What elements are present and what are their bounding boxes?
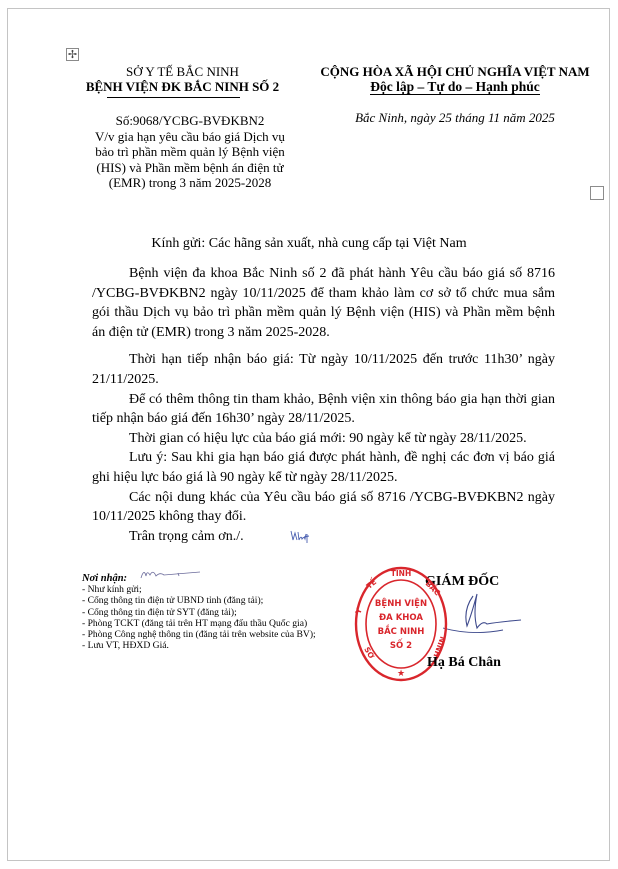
layout-options-box[interactable] xyxy=(590,186,604,200)
body-paragraph: Bệnh viện đa khoa Bắc Ninh số 2 đã phát … xyxy=(92,264,555,342)
recipient-item: - Phòng Công nghệ thông tin (đăng tải tr… xyxy=(82,629,316,640)
svg-text:TỈNH: TỈNH xyxy=(391,568,411,578)
body-paragraph: Lưu ý: Sau khi gia hạn báo giá được phát… xyxy=(92,448,555,487)
header-divider xyxy=(107,97,240,98)
subject-line: (EMR) trong 3 năm 2025-2028 xyxy=(60,175,320,191)
closing-line: Trân trọng cảm ơn./. xyxy=(92,527,555,551)
svg-text:★: ★ xyxy=(397,669,405,679)
authority-name: SỞ Y TẾ BẮC NINH xyxy=(60,64,305,80)
svg-text:BỆNH VIỆN: BỆNH VIỆN xyxy=(375,598,427,609)
national-title: CỘNG HÒA XÃ HỘI CHỦ NGHĨA VIỆT NAM xyxy=(305,64,605,80)
recipient-item: - Lưu VT, HĐXD Giá. xyxy=(82,640,316,651)
organization-name: BỆNH VIỆN ĐK BẮC NINH SỐ 2 xyxy=(60,79,305,95)
motto-text: Độc lập – Tự do – Hạnh phúc xyxy=(370,79,540,95)
svg-text:BẮC NINH: BẮC NINH xyxy=(378,624,425,637)
svg-text:SỐ 2: SỐ 2 xyxy=(390,638,412,651)
national-motto: Độc lập – Tự do – Hạnh phúc xyxy=(305,79,605,95)
subject-line: (HIS) và Phần mềm bệnh án điện tử xyxy=(60,160,320,176)
letter-body: Bệnh viện đa khoa Bắc Ninh số 2 đã phát … xyxy=(92,264,555,550)
subject-line: V/v gia hạn yêu cầu báo giá Dịch vụ xyxy=(60,129,320,145)
body-paragraph: Thời gian có hiệu lực của báo giá mới: 9… xyxy=(92,429,555,449)
table-move-handle-icon[interactable]: ✢ xyxy=(66,48,79,61)
reference-block: Số:9068/YCBG-BVĐKBN2 V/v gia hạn yêu cầu… xyxy=(60,113,320,191)
body-paragraph: Để có thêm thông tin tham khảo, Bệnh việ… xyxy=(92,390,555,429)
svg-text:ĐA KHOA: ĐA KHOA xyxy=(379,613,423,623)
director-signature-icon xyxy=(443,590,523,645)
greeting: Kính gửi: Các hãng sản xuất, nhà cung cấ… xyxy=(60,236,558,252)
recipient-item: - Cổng thông tin điện tử UBND tỉnh (đăng… xyxy=(82,595,316,606)
initial-signature-icon xyxy=(138,566,208,587)
closing-text: Trân trọng cảm ơn./. xyxy=(129,529,244,544)
recipient-item: - Phòng TCKT (đăng tải trên HT mạng đấu … xyxy=(82,618,316,629)
initial-signature-icon xyxy=(252,528,311,551)
subject-line: bảo trì phần mềm quản lý Bệnh viện xyxy=(60,144,320,160)
document-number: Số:9068/YCBG-BVĐKBN2 xyxy=(60,113,320,129)
body-paragraph: Thời hạn tiếp nhận báo giá: Từ ngày 10/1… xyxy=(92,350,555,389)
recipient-item: - Cổng thông tin điện tử SYT (đăng tải); xyxy=(82,607,316,618)
signatory-name: Hạ Bá Chân xyxy=(427,655,501,671)
place-date: Bắc Ninh, ngày 25 tháng 11 năm 2025 xyxy=(305,110,605,126)
body-paragraph: Các nội dung khác của Yêu cầu báo giá số… xyxy=(92,488,555,527)
